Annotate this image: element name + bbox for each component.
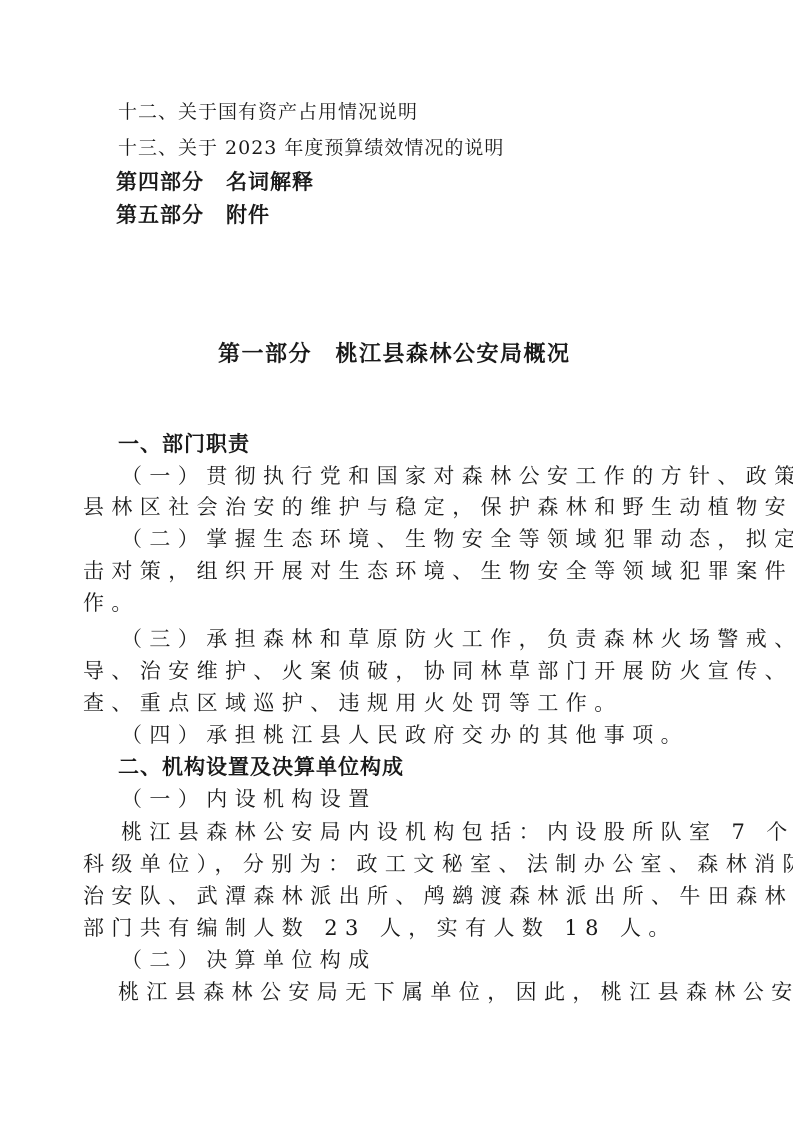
body-line: 科级单位），分别为：政工文秘室、法制办公室、森林消防股、刑侦 <box>83 850 793 878</box>
part1-title: 第一部分 桃江县森林公安局概况 <box>218 341 571 369</box>
body-line: 作。 <box>83 589 140 617</box>
toc-item-12: 十二、关于国有资产占用情况说明 <box>118 98 418 126</box>
body-line: 查、重点区域巡护、违规用火处罚等工作。 <box>83 689 623 717</box>
toc-item-13: 十三、关于 2023 年度预算绩效情况的说明 <box>118 134 504 162</box>
sub1-heading: （一）内设机构设置 <box>121 785 377 813</box>
body-line: 治安队、武潭森林派出所、鸬鹚渡森林派出所、牛田森林派出所。本 <box>83 882 793 910</box>
sub2-heading: （二）决算单位构成 <box>121 946 377 974</box>
section1-heading: 一、部门职责 <box>118 430 250 458</box>
body-line: 县林区社会治安的维护与稳定，保护森林和野生动植物安全。 <box>83 493 793 521</box>
body-line: （一）贯彻执行党和国家对森林公安工作的方针、政策，负责全 <box>121 462 793 490</box>
toc-part-5: 第五部分 附件 <box>116 201 270 229</box>
body-line: （四）承担桃江县人民政府交办的其他事项。 <box>121 721 689 749</box>
body-line: 导、治安维护、火案侦破，协同林草部门开展防火宣传、火灾隐患排 <box>83 657 793 685</box>
body-line: 击对策，组织开展对生态环境、生物安全等领域犯罪案件的侦查工 <box>83 557 793 585</box>
body-line: （二）掌握生态环境、生物安全等领域犯罪动态，拟定预防、打 <box>121 525 793 553</box>
toc-part-4: 第四部分 名词解释 <box>116 168 314 196</box>
section2-heading: 二、机构设置及决算单位构成 <box>118 753 404 781</box>
body-line: 部门共有编制人数 23 人，实有人数 18 人。 <box>83 914 677 942</box>
body-line: 桃江县森林公安局无下属单位，因此，桃江县森林公安局 2023 <box>118 978 793 1006</box>
body-line: 桃江县森林公安局内设机构包括：内设股所队室 7 个（含 3 个副 <box>121 818 793 846</box>
body-line: （三）承担森林和草原防火工作，负责森林火场警戒、交通疏 <box>121 625 793 653</box>
